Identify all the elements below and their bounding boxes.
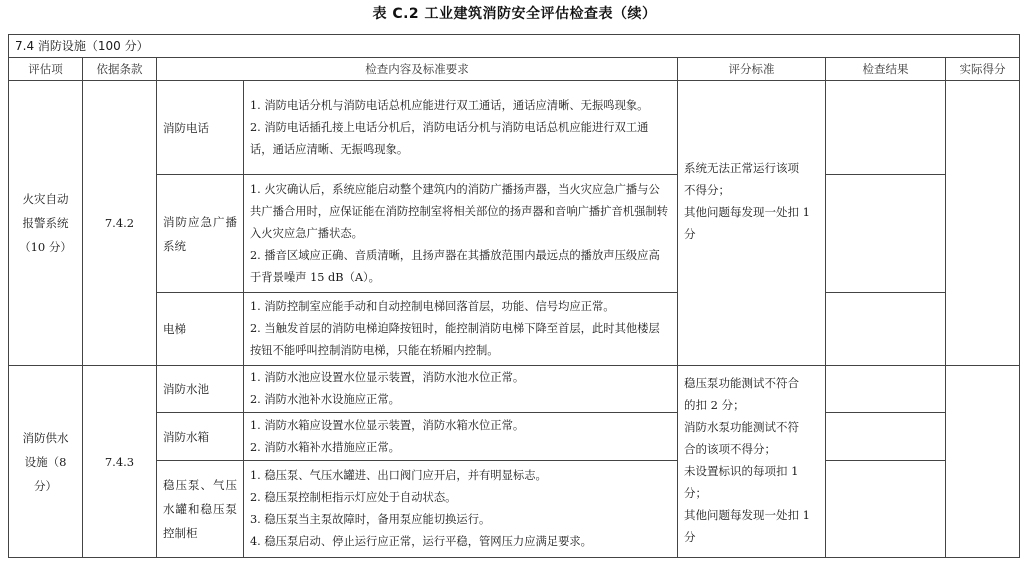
col-header-result: 检查结果 xyxy=(826,58,946,81)
criteria-line: 其他问题每发现一处扣 1 xyxy=(684,504,819,526)
subitem-name: 消防应急广播系统 xyxy=(157,175,244,293)
scoring-criteria-cell: 稳压泵功能测试不符合 的扣 2 分； 消防水泵功能测试不符 合的该项不得分； 未… xyxy=(678,366,826,558)
criteria-line: 分 xyxy=(684,223,819,245)
table-row: 消防水箱 1. 消防水箱应设置水位显示装置，消防水箱水位正常。 2. 消防水箱补… xyxy=(9,413,1020,461)
assessment-item-line: 设施（8 xyxy=(15,450,76,474)
table-row: 稳压泵、气压水罐和稳压泵控制柜 1. 稳压泵、气压水罐进、出口阀门应开启，并有明… xyxy=(9,461,1020,558)
assessment-item-line: （10 分） xyxy=(15,235,76,259)
actual-score-input[interactable] xyxy=(946,366,1020,558)
col-header-item: 评估项 xyxy=(9,58,83,81)
assessment-item-cell: 消防供水 设施（8 分） xyxy=(9,366,83,558)
requirement-line: 2. 消防电话插孔接上电话分机后，消防电话分机与消防电话总机应能进行双工通话，通… xyxy=(250,117,671,161)
section-header-row: 7.4 消防设施（100 分） xyxy=(9,35,1020,58)
requirement-line: 4. 稳压泵启动、停止运行应正常，运行平稳，管网压力应满足要求。 xyxy=(250,531,671,553)
requirements-cell: 1. 消防控制室应能手动和自动控制电梯回落首层，功能、信号均应正常。 2. 当触… xyxy=(244,293,678,366)
requirement-line: 1. 火灾确认后，系统应能启动整个建筑内的消防广播扬声器，当火灾应急广播与公共广… xyxy=(250,179,671,245)
requirement-line: 1. 消防控制室应能手动和自动控制电梯回落首层，功能、信号均应正常。 xyxy=(250,296,671,318)
criteria-line: 不得分； xyxy=(684,179,819,201)
criteria-line: 未设置标识的每项扣 1 xyxy=(684,460,819,482)
criteria-line: 稳压泵功能测试不符合 xyxy=(684,372,819,394)
assessment-item-line: 分） xyxy=(15,474,76,498)
requirement-line: 2. 稳压泵控制柜指示灯应处于自动状态。 xyxy=(250,487,671,509)
requirement-line: 1. 消防电话分机与消防电话总机应能进行双工通话，通话应清晰、无振鸣现象。 xyxy=(250,95,671,117)
subitem-name: 消防水池 xyxy=(157,366,244,413)
requirements-cell: 1. 火灾确认后，系统应能启动整个建筑内的消防广播扬声器，当火灾应急广播与公共广… xyxy=(244,175,678,293)
table-row: 电梯 1. 消防控制室应能手动和自动控制电梯回落首层，功能、信号均应正常。 2.… xyxy=(9,293,1020,366)
requirement-line: 3. 稳压泵当主泵故障时，备用泵应能切换运行。 xyxy=(250,509,671,531)
assessment-item-line: 报警系统 xyxy=(15,211,76,235)
assessment-item-line: 消防供水 xyxy=(15,426,76,450)
inspection-result-input[interactable] xyxy=(826,81,946,175)
requirement-line: 2. 播音区域应正确、音质清晰，且扬声器在其播放范围内最远点的播放声压级应高于背… xyxy=(250,245,671,289)
criteria-line: 合的该项不得分； xyxy=(684,438,819,460)
subitem-name: 消防电话 xyxy=(157,81,244,175)
col-header-criteria: 评分标准 xyxy=(678,58,826,81)
inspection-result-input[interactable] xyxy=(826,293,946,366)
inspection-result-input[interactable] xyxy=(826,461,946,558)
section-title: 7.4 消防设施（100 分） xyxy=(9,35,1020,58)
criteria-line: 分 xyxy=(684,526,819,548)
col-header-clause: 依据条款 xyxy=(83,58,157,81)
criteria-line: 的扣 2 分； xyxy=(684,394,819,416)
table-row: 火灾自动 报警系统 （10 分） 7.4.2 消防电话 1. 消防电话分机与消防… xyxy=(9,81,1020,175)
subitem-name: 消防水箱 xyxy=(157,413,244,461)
inspection-result-input[interactable] xyxy=(826,366,946,413)
requirement-line: 2. 消防水池补水设施应正常。 xyxy=(250,389,671,411)
subitem-name: 稳压泵、气压水罐和稳压泵控制柜 xyxy=(157,461,244,558)
table-title: 表 C.2 工业建筑消防安全评估检查表（续） xyxy=(0,3,1029,23)
table-row: 消防供水 设施（8 分） 7.4.3 消防水池 1. 消防水池应设置水位显示装置… xyxy=(9,366,1020,413)
table-row: 消防应急广播系统 1. 火灾确认后，系统应能启动整个建筑内的消防广播扬声器，当火… xyxy=(9,175,1020,293)
inspection-result-input[interactable] xyxy=(826,413,946,461)
assessment-item-line: 火灾自动 xyxy=(15,187,76,211)
clause-cell: 7.4.3 xyxy=(83,366,157,558)
inspection-result-input[interactable] xyxy=(826,175,946,293)
requirements-cell: 1. 稳压泵、气压水罐进、出口阀门应开启，并有明显标志。 2. 稳压泵控制柜指示… xyxy=(244,461,678,558)
assessment-item-cell: 火灾自动 报警系统 （10 分） xyxy=(9,81,83,366)
criteria-line: 系统无法正常运行该项 xyxy=(684,157,819,179)
requirement-line: 2. 消防水箱补水措施应正常。 xyxy=(250,437,671,459)
requirement-line: 1. 消防水池应设置水位显示装置，消防水池水位正常。 xyxy=(250,367,671,389)
criteria-line: 其他问题每发现一处扣 1 xyxy=(684,201,819,223)
requirements-cell: 1. 消防水箱应设置水位显示装置，消防水箱水位正常。 2. 消防水箱补水措施应正… xyxy=(244,413,678,461)
col-header-score: 实际得分 xyxy=(946,58,1020,81)
clause-cell: 7.4.2 xyxy=(83,81,157,366)
criteria-line: 消防水泵功能测试不符 xyxy=(684,416,819,438)
requirements-cell: 1. 消防电话分机与消防电话总机应能进行双工通话，通话应清晰、无振鸣现象。 2.… xyxy=(244,81,678,175)
criteria-line: 分； xyxy=(684,482,819,504)
scoring-criteria-cell: 系统无法正常运行该项 不得分； 其他问题每发现一处扣 1 分 xyxy=(678,81,826,366)
col-header-requirements: 检查内容及标准要求 xyxy=(157,58,678,81)
subitem-name: 电梯 xyxy=(157,293,244,366)
fire-safety-checklist-table: 7.4 消防设施（100 分） 评估项 依据条款 检查内容及标准要求 评分标准 … xyxy=(8,34,1020,558)
requirement-line: 2. 当触发首层的消防电梯迫降按钮时，能控制消防电梯下降至首层，此时其他楼层按钮… xyxy=(250,318,671,362)
requirement-line: 1. 稳压泵、气压水罐进、出口阀门应开启，并有明显标志。 xyxy=(250,465,671,487)
requirement-line: 1. 消防水箱应设置水位显示装置，消防水箱水位正常。 xyxy=(250,415,671,437)
column-header-row: 评估项 依据条款 检查内容及标准要求 评分标准 检查结果 实际得分 xyxy=(9,58,1020,81)
criteria-spacer xyxy=(684,245,819,289)
actual-score-input[interactable] xyxy=(946,81,1020,366)
requirements-cell: 1. 消防水池应设置水位显示装置，消防水池水位正常。 2. 消防水池补水设施应正… xyxy=(244,366,678,413)
